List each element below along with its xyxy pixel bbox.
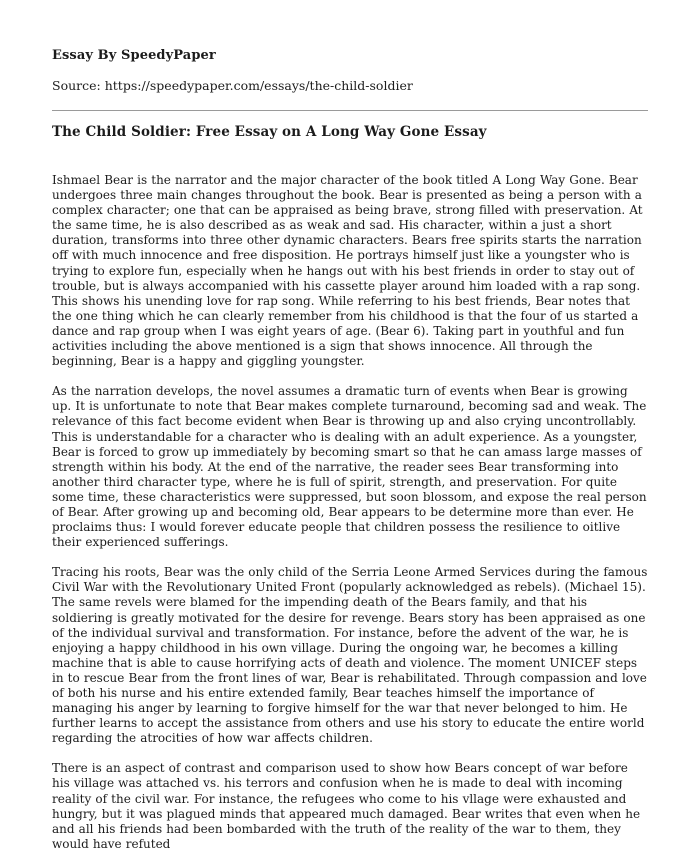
- source-label: Source:: [52, 78, 101, 93]
- essay-body: Ishmael Bear is the narrator and the maj…: [52, 173, 648, 850]
- essay-paragraph: Tracing his roots, Bear was the only chi…: [52, 565, 648, 746]
- essay-paragraph: As the narration develops, the novel ass…: [52, 384, 648, 550]
- source-line: Source:https://speedypaper.com/essays/th…: [52, 78, 648, 93]
- divider: [52, 110, 648, 111]
- essay-paragraph: Ishmael Bear is the narrator and the maj…: [52, 173, 648, 369]
- source-url: https://speedypaper.com/essays/the-child…: [105, 78, 413, 93]
- byline: Essay By SpeedyPaper: [52, 48, 648, 63]
- essay-paragraph: There is an aspect of contrast and compa…: [52, 761, 648, 850]
- essay-title: The Child Soldier: Free Essay on A Long …: [52, 124, 648, 140]
- document-page: Essay By SpeedyPaper Source:https://spee…: [0, 0, 700, 850]
